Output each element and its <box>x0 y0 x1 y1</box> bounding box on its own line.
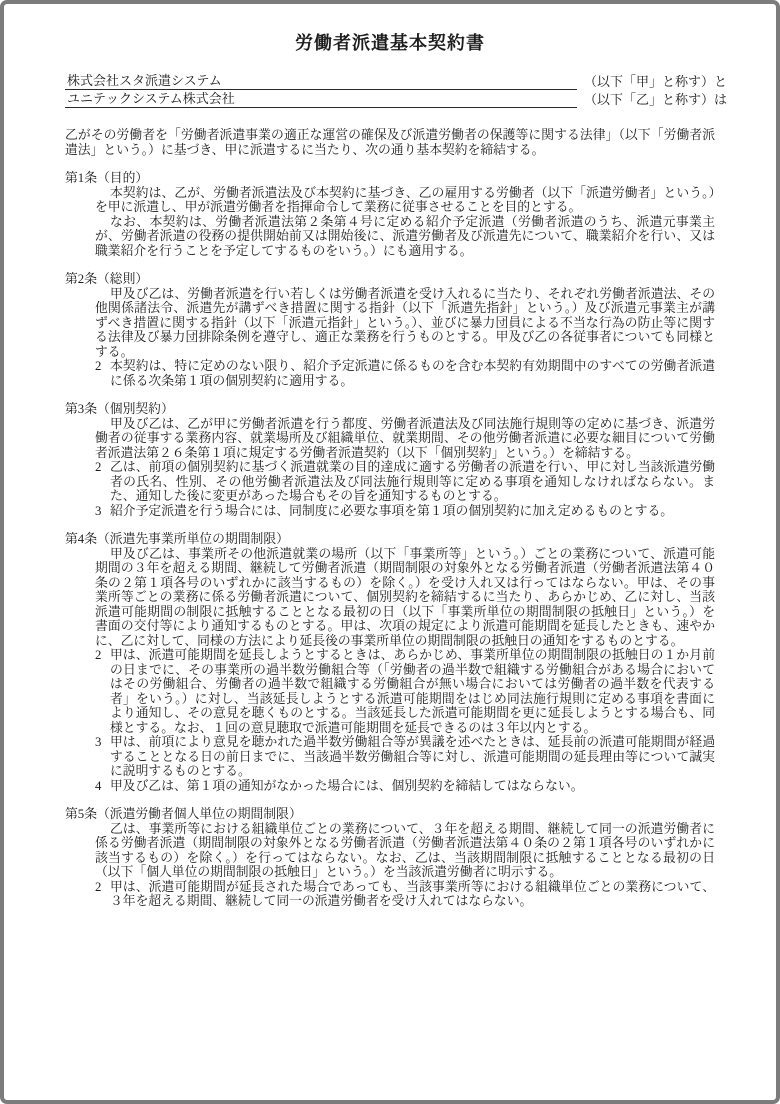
article: 第5条（派遣労働者個人単位の期間制限）乙は、事業所等における組織単位ごとの業務に… <box>65 807 715 909</box>
article-item: 2本契約は、特に定めのない限り、紹介予定派遣に係るものを含む本契約有効期間中のす… <box>65 359 715 388</box>
item-text: 紹介予定派遣を行う場合には、同制度に必要な事項を第１項の個別契約に加え定めるもの… <box>110 504 715 519</box>
party-designation-label: （以下「甲」と称す）と <box>577 73 727 90</box>
item-text: 甲は、前項により意見を聴かれた過半数労働組合等が異議を述べたときは、延長前の派遣… <box>110 735 715 779</box>
item-number: 2 <box>95 880 110 909</box>
article-item: 3紹介予定派遣を行う場合には、同制度に必要な事項を第１項の個別契約に加え定めるも… <box>65 504 715 519</box>
party-row: ユニテックシステム株式会社（以下「乙」と称す）は <box>65 90 715 108</box>
party-row: 株式会社スタ派遣システム（以下「甲」と称す）と <box>65 72 715 90</box>
party-name-field: ユニテックシステム株式会社 <box>65 90 577 108</box>
article-heading: 第1条（目的） <box>65 171 715 186</box>
item-number: 4 <box>95 779 110 794</box>
party-designation-label: （以下「乙」と称す）は <box>577 91 727 108</box>
contract-document: 労働者派遣基本契約書 株式会社スタ派遣システム（以下「甲」と称す）とユニテックシ… <box>4 4 776 1100</box>
article-paragraph: 甲及び乙は、労働者派遣を行い若しくは労働者派遣を受け入れるに当たり、それぞれ労働… <box>65 287 715 360</box>
item-text: 乙は、前項の個別契約に基づく派遣就業の目的達成に適する労働者の派遣を行い、甲に対… <box>110 460 715 504</box>
document-page-frame: 労働者派遣基本契約書 株式会社スタ派遣システム（以下「甲」と称す）とユニテックシ… <box>0 0 780 1104</box>
item-number: 2 <box>95 648 110 735</box>
article-heading: 第4条（派遣先事業所単位の期間制限） <box>65 532 715 547</box>
article-item: 2乙は、前項の個別契約に基づく派遣就業の目的達成に適する労働者の派遣を行い、甲に… <box>65 460 715 504</box>
article-item: 2甲は、派遣可能期間を延長しようとするときは、あらかじめ、事業所単位の期間制限の… <box>65 648 715 735</box>
item-text: 甲は、派遣可能期間が延長された場合であっても、当該事業所等における組織単位ごとの… <box>110 880 715 909</box>
article-paragraph: 本契約は、乙が、労働者派遣法及び本契約に基づき、乙の雇用する労働者（以下「派遣労… <box>65 186 715 215</box>
item-text: 本契約は、特に定めのない限り、紹介予定派遣に係るものを含む本契約有効期間中のすべ… <box>110 359 715 388</box>
item-number: 3 <box>95 735 110 779</box>
preamble-paragraph: 乙がその労働者を「労働者派遣事業の適正な運営の確保及び派遣労働者の保護等に関する… <box>65 128 715 157</box>
article-paragraph: 甲及び乙は、乙が甲に労働者派遣を行う都度、労働者派遣法及び同法施行規則等の定めに… <box>65 417 715 461</box>
document-body: 乙がその労働者を「労働者派遣事業の適正な運営の確保及び派遣労働者の保護等に関する… <box>65 128 715 909</box>
item-text: 甲及び乙は、第１項の通知がなかった場合には、個別契約を締結してはならない。 <box>110 779 715 794</box>
article-item: 4甲及び乙は、第１項の通知がなかった場合には、個別契約を締結してはならない。 <box>65 779 715 794</box>
item-number: 2 <box>95 460 110 504</box>
article: 第3条（個別契約）甲及び乙は、乙が甲に労働者派遣を行う都度、労働者派遣法及び同法… <box>65 402 715 518</box>
article-heading: 第5条（派遣労働者個人単位の期間制限） <box>65 807 715 822</box>
item-text: 甲は、派遣可能期間を延長しようとするときは、あらかじめ、事業所単位の期間制限の抵… <box>110 648 715 735</box>
article-item: 3甲は、前項により意見を聴かれた過半数労働組合等が異議を述べたときは、延長前の派… <box>65 735 715 779</box>
item-number: 2 <box>95 359 110 388</box>
article-paragraph: 乙は、事業所等における組織単位ごとの業務について、３年を超える期間、継続して同一… <box>65 822 715 880</box>
article-paragraph: なお、本契約は、労働者派遣法第２条第４号に定める紹介予定派遣（労働者派遣のうち、… <box>65 215 715 259</box>
article-heading: 第3条（個別契約） <box>65 402 715 417</box>
document-title: 労働者派遣基本契約書 <box>65 32 715 54</box>
article-heading: 第2条（総則） <box>65 272 715 287</box>
parties-block: 株式会社スタ派遣システム（以下「甲」と称す）とユニテックシステム株式会社（以下「… <box>65 72 715 108</box>
articles-section: 第1条（目的）本契約は、乙が、労働者派遣法及び本契約に基づき、乙の雇用する労働者… <box>65 171 715 909</box>
article-item: 2甲は、派遣可能期間が延長された場合であっても、当該事業所等における組織単位ごと… <box>65 880 715 909</box>
party-name-field: 株式会社スタ派遣システム <box>65 72 577 90</box>
article-paragraph: 甲及び乙は、事業所その他派遣就業の場所（以下「事業所等」という。）ごとの業務につ… <box>65 547 715 649</box>
article: 第1条（目的）本契約は、乙が、労働者派遣法及び本契約に基づき、乙の雇用する労働者… <box>65 171 715 258</box>
article: 第4条（派遣先事業所単位の期間制限）甲及び乙は、事業所その他派遣就業の場所（以下… <box>65 532 715 793</box>
item-number: 3 <box>95 504 110 519</box>
article: 第2条（総則）甲及び乙は、労働者派遣を行い若しくは労働者派遣を受け入れるに当たり… <box>65 272 715 388</box>
